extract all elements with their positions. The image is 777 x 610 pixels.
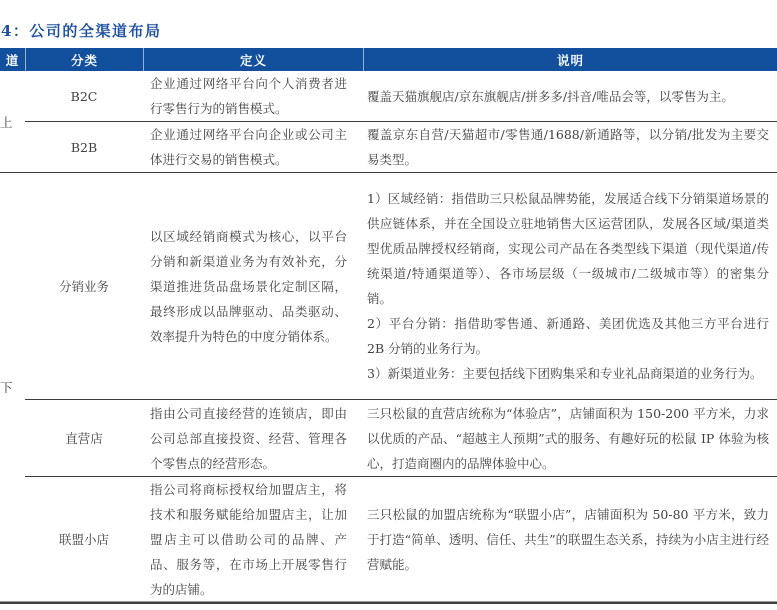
- table-bottom-rule: [0, 601, 777, 604]
- alliance-shop-definition-cell: 指公司将商标授权给加盟店主，将技术和服务赋能给加盟店主，让加盟店主可以借助公司的…: [143, 477, 363, 601]
- distribution-description-text: 1）区域经销：指借助三只松鼠品牌势能，发展适合线下分销渠道场景的供应链体系，并在…: [367, 186, 769, 386]
- b2c-description-cell: 覆盖天猫旗舰店/京东旗舰店/拼多多/抖音/唯品会等，以零售为主。: [363, 71, 777, 122]
- b2b-description-text: 覆盖京东自营/天猫超市/零售通/1688/新通路等，以分销/批发为主要交易类型。: [367, 122, 769, 172]
- alliance-shop-description-cell: 三只松鼠的加盟店统称为“联盟小店”，店铺面积为 50-80 平方米，致力于打造“…: [363, 477, 777, 601]
- distribution-category-cell: 分销业务: [25, 173, 143, 400]
- b2b-definition-cell: 企业通过网络平台向企业或公司主体进行交易的销售模式。: [143, 122, 363, 173]
- column-header-channel: 道: [0, 48, 25, 71]
- alliance-shop-definition-text: 指公司将商标授权给加盟店主，将技术和服务赋能给加盟店主，让加盟店主可以借助公司的…: [150, 477, 347, 602]
- group-label-offline: 下: [0, 173, 25, 601]
- alliance-shop-description-text: 三只松鼠的加盟店统称为“联盟小店”，店铺面积为 50-80 平方米，致力于打造“…: [367, 502, 769, 577]
- direct-store-category-cell: 直营店: [25, 400, 143, 477]
- distribution-description-cell: 1）区域经销：指借助三只松鼠品牌势能，发展适合线下分销渠道场景的供应链体系，并在…: [363, 173, 777, 400]
- alliance-shop-category-cell: 联盟小店: [25, 477, 143, 601]
- figure-title: 4：公司的全渠道布局: [1, 20, 161, 41]
- distribution-definition-cell: 以区域经销商模式为核心，以平台分销和新渠道业务为有效补充，分渠道推进货品盘场景化…: [143, 173, 363, 400]
- direct-store-description-text: 三只松鼠的直营店统称为“体验店”，店铺面积为 150-200 平方米，力求以优质…: [367, 401, 769, 476]
- column-header-description: 说明: [363, 48, 777, 71]
- column-header-category: 分类: [25, 48, 143, 71]
- channel-table: 道 分类 定义 说明 上 下 B2C 企业通过网络平台向个人消费者进行零售行为的…: [0, 48, 777, 601]
- report-page: 4：公司的全渠道布局 道 分类 定义 说明 上 下 B2C 企业通过网络平台向个…: [0, 0, 777, 610]
- direct-store-definition-text: 指由公司直接经营的连锁店，即由公司总部直接投资、经营、管理各个零售点的经营形态。: [150, 401, 347, 476]
- b2b-category-cell: B2B: [25, 122, 143, 173]
- b2c-definition-cell: 企业通过网络平台向个人消费者进行零售行为的销售模式。: [143, 71, 363, 122]
- b2c-definition-text: 企业通过网络平台向个人消费者进行零售行为的销售模式。: [150, 71, 347, 121]
- b2c-category-cell: B2C: [25, 71, 143, 122]
- direct-store-definition-cell: 指由公司直接经营的连锁店，即由公司总部直接投资、经营、管理各个零售点的经营形态。: [143, 400, 363, 477]
- direct-store-description-cell: 三只松鼠的直营店统称为“体验店”，店铺面积为 150-200 平方米，力求以优质…: [363, 400, 777, 477]
- group-label-online: 上: [0, 71, 25, 173]
- b2b-description-cell: 覆盖京东自营/天猫超市/零售通/1688/新通路等，以分销/批发为主要交易类型。: [363, 122, 777, 173]
- b2b-definition-text: 企业通过网络平台向企业或公司主体进行交易的销售模式。: [150, 122, 347, 172]
- distribution-definition-text: 以区域经销商模式为核心，以平台分销和新渠道业务为有效补充，分渠道推进货品盘场景化…: [150, 224, 347, 349]
- b2c-description-text: 覆盖天猫旗舰店/京东旗舰店/拼多多/抖音/唯品会等，以零售为主。: [367, 84, 769, 109]
- column-header-definition: 定义: [143, 48, 363, 71]
